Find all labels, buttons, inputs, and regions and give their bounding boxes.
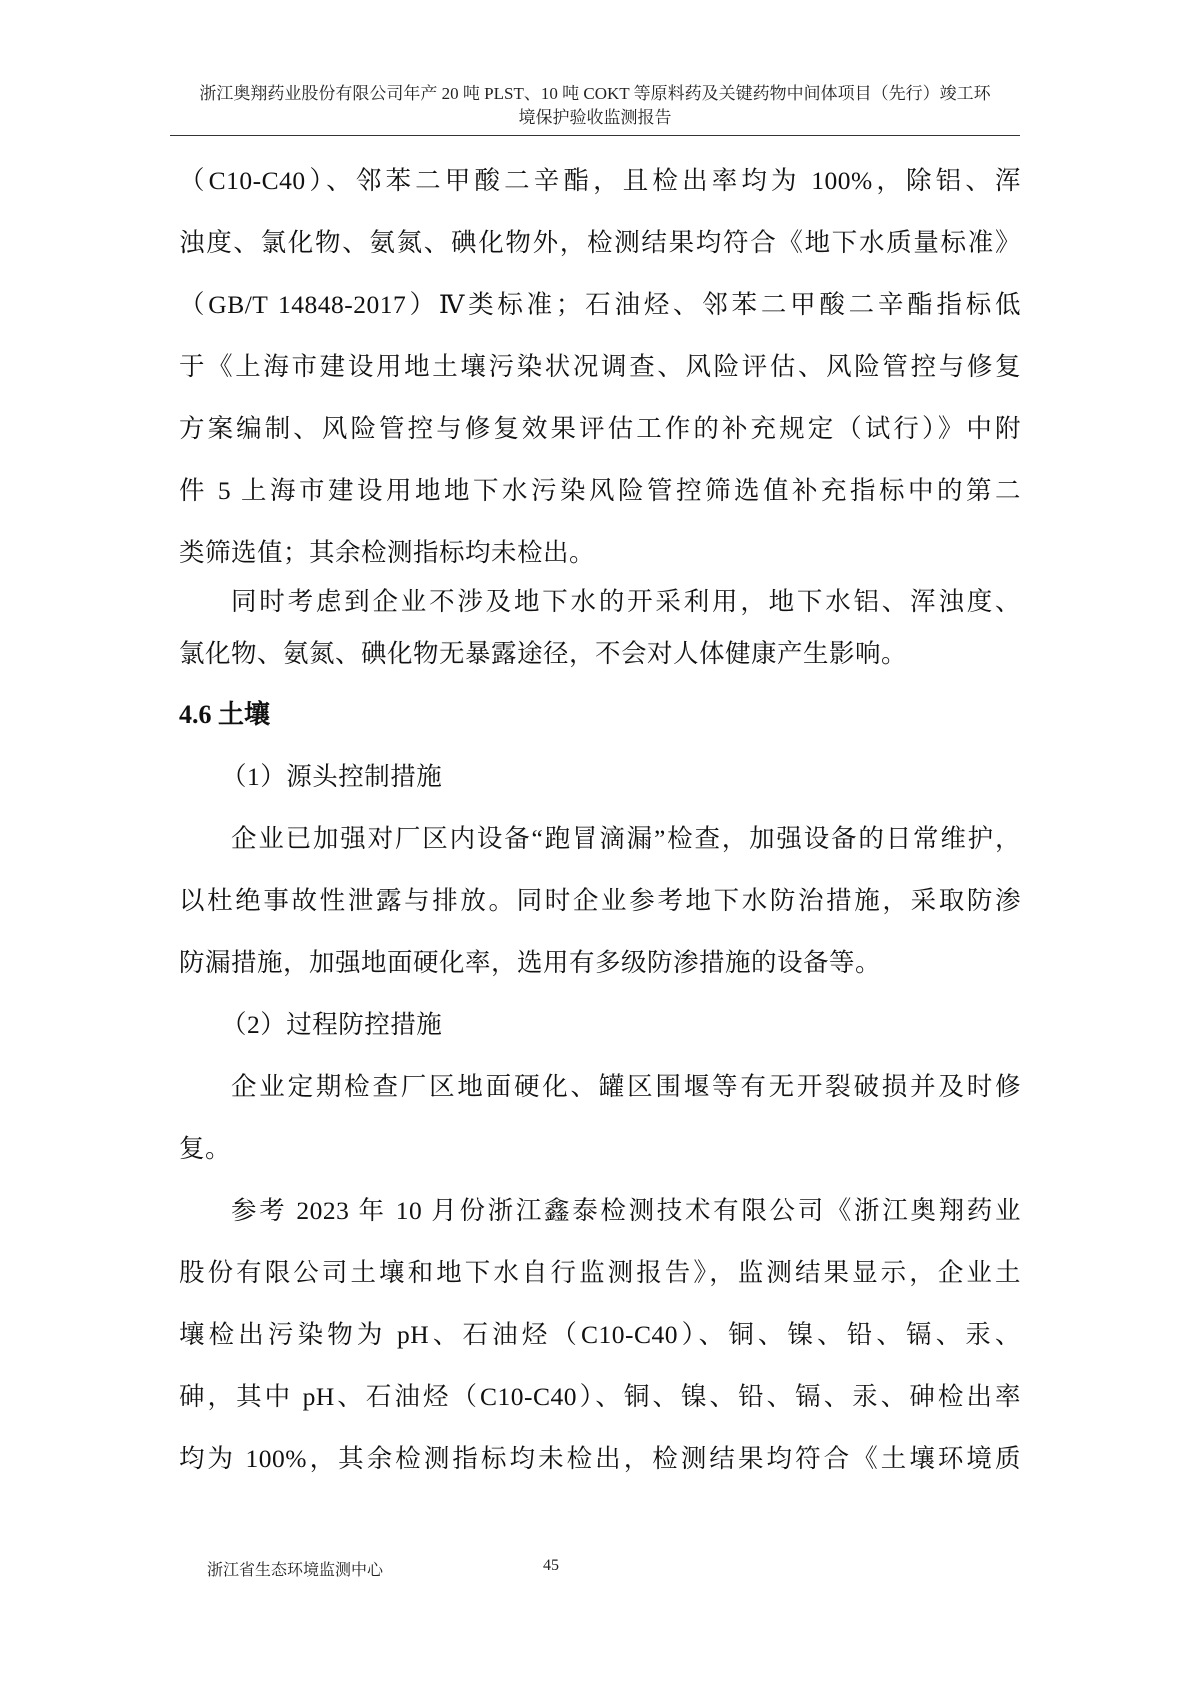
text-line: 复。: [179, 1118, 1021, 1180]
header-title-line-1: 浙江奥翔药业股份有限公司年产 20 吨 PLST、10 吨 COKT 等原料药及…: [170, 82, 1020, 106]
paragraph-exposure: 同时考虑到企业不涉及地下水的开采利用，地下水铝、浑浊度、 氯化物、氨氮、碘化物无…: [179, 576, 1021, 680]
text-line: 方案编制、风险管控与修复效果评估工作的补充规定（试行）》中附: [179, 398, 1021, 460]
header-title-line-2: 境保护验收监测报告: [170, 106, 1020, 130]
text-line: 件 5 上海市建设用地地下水污染风险管控筛选值补充指标中的第二: [179, 460, 1021, 522]
text-line: 砷，其中 pH、石油烃（C10-C40）、铜、镍、铅、镉、汞、砷检出率: [179, 1366, 1021, 1428]
page-number: 45: [543, 1557, 559, 1575]
text-line: 壤检出污染物为 pH、石油烃（C10-C40）、铜、镍、铅、镉、汞、: [179, 1304, 1021, 1366]
paragraph-source-control: 企业已加强对厂区内设备“跑冒滴漏”检查，加强设备的日常维护， 以杜绝事故性泄露与…: [179, 808, 1021, 994]
text-line: 以杜绝事故性泄露与排放。同时企业参考地下水防治措施，采取防渗: [179, 870, 1021, 932]
page-body: （C10-C40）、邻苯二甲酸二辛酯，且检出率均为 100%，除铝、浑 浊度、氯…: [179, 150, 1021, 1490]
text-line: 同时考虑到企业不涉及地下水的开采利用，地下水铝、浑浊度、: [179, 576, 1021, 628]
subheading-source-control: （1）源头控制措施: [179, 746, 1021, 808]
header-divider: [170, 135, 1020, 136]
text-line: 于《上海市建设用地土壤污染状况调查、风险评估、风险管控与修复: [179, 336, 1021, 398]
subheading-process-control: （2）过程防控措施: [179, 994, 1021, 1056]
text-line: 浊度、氯化物、氨氮、碘化物外，检测结果均符合《地下水质量标准》: [179, 212, 1021, 274]
text-line: 氯化物、氨氮、碘化物无暴露途径，不会对人体健康产生影响。: [179, 628, 1021, 680]
text-line: 类筛选值；其余检测指标均未检出。: [179, 522, 1021, 584]
footer-organization: 浙江省生态环境监测中心: [207, 1557, 383, 1580]
text-line: （C10-C40）、邻苯二甲酸二辛酯，且检出率均为 100%，除铝、浑: [179, 150, 1021, 212]
paragraph-groundwater-results: （C10-C40）、邻苯二甲酸二辛酯，且检出率均为 100%，除铝、浑 浊度、氯…: [179, 150, 1021, 584]
text-line: 均为 100%，其余检测指标均未检出，检测结果均符合《土壤环境质: [179, 1428, 1021, 1490]
text-line: 企业定期检查厂区地面硬化、罐区围堰等有无开裂破损并及时修: [179, 1056, 1021, 1118]
text-line: 股份有限公司土壤和地下水自行监测报告》，监测结果显示，企业土: [179, 1242, 1021, 1304]
paragraph-soil-monitoring: 参考 2023 年 10 月份浙江鑫泰检测技术有限公司《浙江奥翔药业 股份有限公…: [179, 1180, 1021, 1490]
text-line: （GB/T 14848-2017）Ⅳ类标准；石油烃、邻苯二甲酸二辛酯指标低: [179, 274, 1021, 336]
paragraph-process-control: 企业定期检查厂区地面硬化、罐区围堰等有无开裂破损并及时修 复。: [179, 1056, 1021, 1180]
text-line: 防漏措施，加强地面硬化率，选用有多级防渗措施的设备等。: [179, 932, 1021, 994]
text-line: 企业已加强对厂区内设备“跑冒滴漏”检查，加强设备的日常维护，: [179, 808, 1021, 870]
text-line: 参考 2023 年 10 月份浙江鑫泰检测技术有限公司《浙江奥翔药业: [179, 1180, 1021, 1242]
section-heading-soil: 4.6 土壤: [179, 684, 1021, 746]
page-header: 浙江奥翔药业股份有限公司年产 20 吨 PLST、10 吨 COKT 等原料药及…: [170, 82, 1020, 130]
